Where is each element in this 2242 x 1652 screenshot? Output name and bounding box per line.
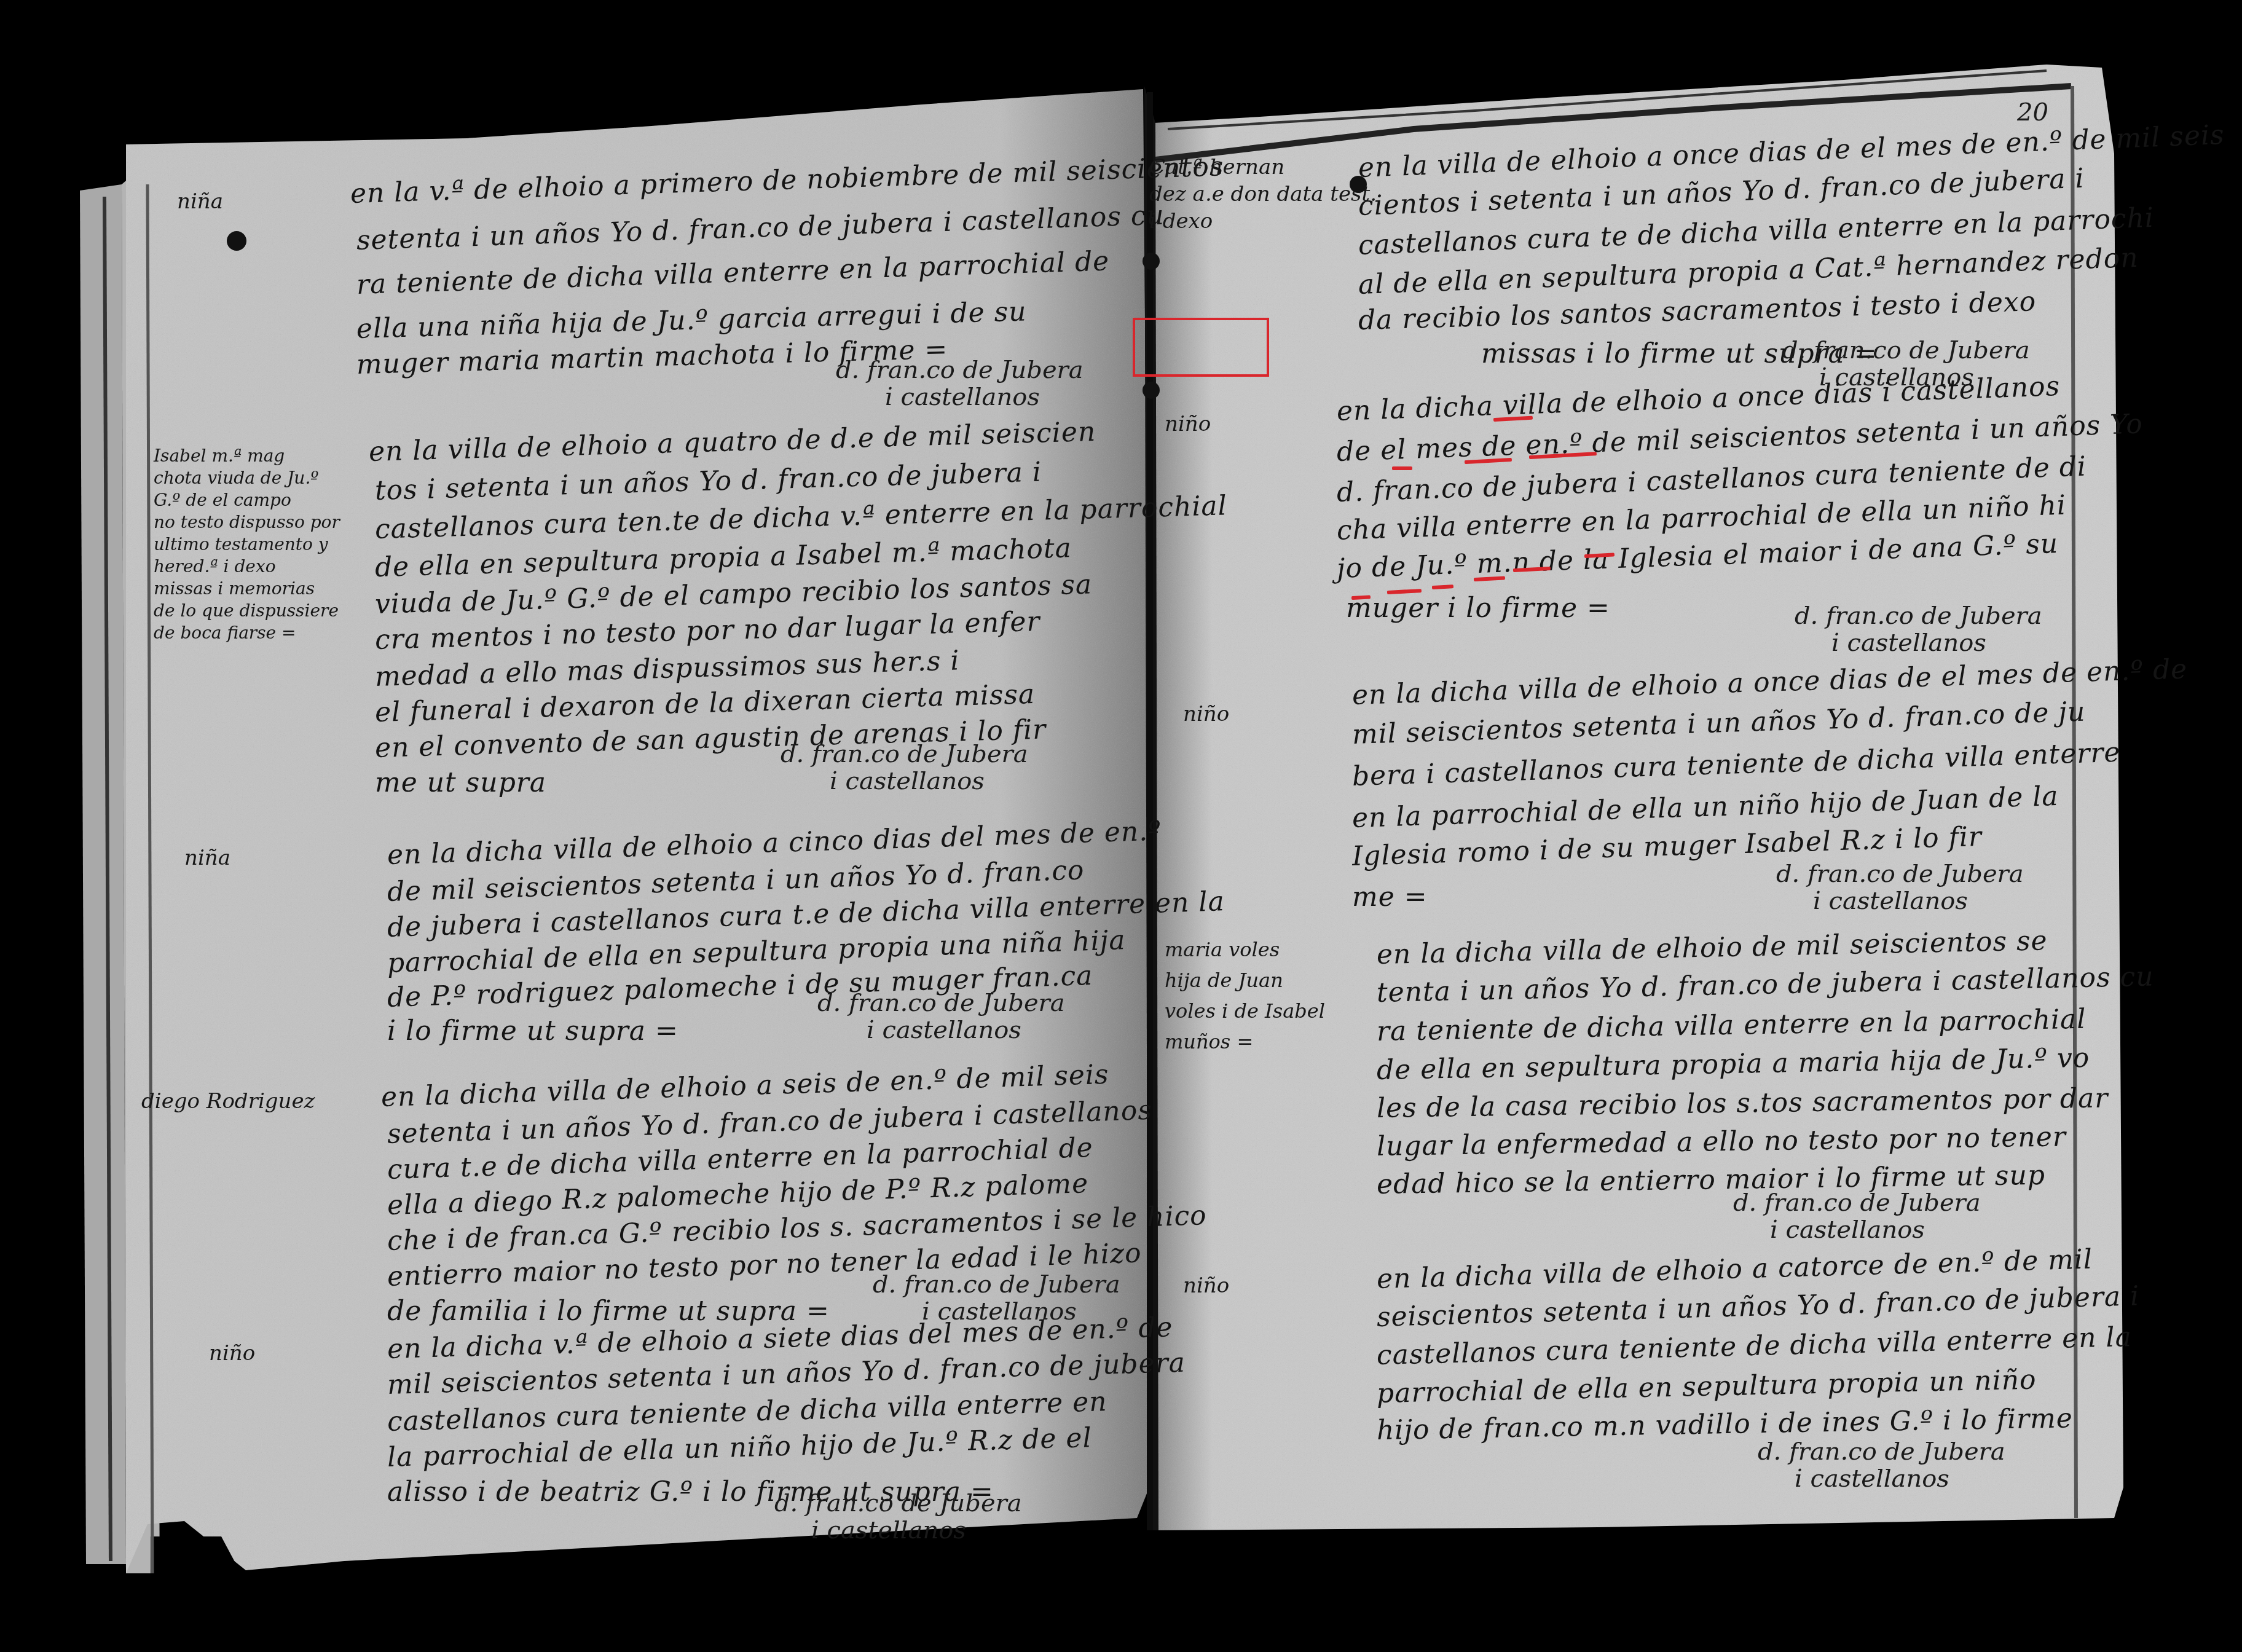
margin-note: Isabel m.ª mag chota viuda de Ju.º G.º d… (154, 445, 340, 644)
signature: d. fran.co de Jubera i castellanos (1776, 860, 2024, 914)
margin-note: maria voles hija de Juan voles i de Isab… (1165, 934, 1325, 1057)
scan-background: 20 niña en la v.ª de elhoio a primero de… (0, 0, 2242, 1652)
signature: d. fran.co de Jubera i castellanos (817, 989, 1065, 1044)
signature: d. fran.co de Jubera i castellanos (836, 356, 1084, 411)
signature: d. fran.co de Jubera i castellanos (781, 741, 1028, 795)
text-line: me ut supra (375, 768, 546, 798)
text-line: muger i lo firme = (1346, 594, 1610, 623)
margin-note: niña (177, 188, 223, 215)
text-line: me = (1352, 883, 1428, 912)
text-line: i lo firme ut supra = (387, 1017, 678, 1046)
margin-note: niña (184, 844, 230, 871)
signature: d. fran.co de Jubera i castellanos (1758, 1438, 2005, 1492)
margin-note: Cat.ª hernan dez a.e don data test. i de… (1149, 154, 1377, 235)
margin-line: niña (177, 188, 223, 215)
margin-note: niño (1183, 701, 1229, 728)
signature: d. fran.co de Jubera i castellanos (1795, 602, 2042, 656)
margin-note-highlighted: niño (1165, 411, 1211, 438)
margin-note: niño (209, 1340, 255, 1367)
red-annotation-box (1133, 318, 1269, 377)
signature: d. fran.co de Jubera i castellanos (1733, 1189, 1981, 1243)
margin-note: niño (1183, 1272, 1229, 1299)
red-underline (1392, 466, 1412, 470)
text-line: de familia i lo firme ut supra = (387, 1297, 830, 1326)
left-page-edge (80, 184, 126, 1564)
signature: d. fran.co de Jubera i castellanos (774, 1490, 1022, 1544)
margin-note: diego Rodriguez (141, 1088, 315, 1115)
folio-number: 20 (2017, 98, 2048, 127)
